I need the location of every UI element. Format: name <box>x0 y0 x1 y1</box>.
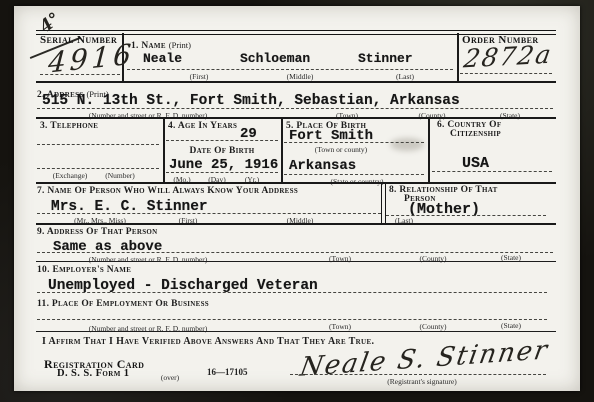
middle-sub-label: (Middle) <box>287 72 314 81</box>
state-sub-label: (State) <box>501 321 521 330</box>
form-number: D. S. S. Form 1 <box>57 368 129 379</box>
birth-state-value: Arkansas <box>289 158 356 174</box>
dashed-fill-line <box>37 252 553 253</box>
telephone-label: 3. Telephone <box>40 121 98 131</box>
row-divider <box>36 261 556 262</box>
exchange-sub-label: (Exchange) <box>53 171 88 180</box>
row-divider <box>36 117 556 119</box>
dashed-fill-line <box>37 144 159 145</box>
cell-divider <box>281 118 283 182</box>
cell-divider <box>381 184 386 223</box>
scan-smudge <box>390 138 424 151</box>
dashed-fill-line <box>166 140 278 141</box>
cell-divider <box>163 118 165 182</box>
first-sub-label: (First) <box>190 72 209 81</box>
row-divider <box>36 81 556 83</box>
row-divider <box>36 223 556 225</box>
dashed-fill-line <box>166 172 278 173</box>
dashed-fill-line <box>37 108 553 109</box>
number-sub-label: (Number) <box>105 171 135 180</box>
contact-address-label: 9. Address Of That Person <box>37 227 157 237</box>
dashed-fill-line <box>37 319 547 320</box>
cell-divider <box>428 118 430 182</box>
date-of-birth-value: June 25, 1916 <box>169 157 278 173</box>
age-label: 4. Age In Years <box>168 121 237 131</box>
print-code: 16—17105 <box>207 367 248 377</box>
affirmation-statement: I Affirm That I Have Verified Above Answ… <box>42 336 374 347</box>
row-divider <box>36 331 556 332</box>
signature-sub-label: (Registrant's signature) <box>387 377 456 386</box>
dashed-fill-line <box>127 69 453 70</box>
employer-label: 10. Employer's Name <box>37 265 131 275</box>
dashed-fill-line <box>460 73 552 74</box>
name-middle-value: Schloeman <box>240 51 310 66</box>
dashed-fill-line <box>37 213 381 214</box>
citizenship-label-line2: Citizenship <box>450 129 501 139</box>
contact-person-label: 7. Name Of Person Who Will Always Know Y… <box>37 186 298 196</box>
citizenship-value: USA <box>462 155 489 172</box>
dashed-fill-line <box>284 174 424 175</box>
dashed-fill-line <box>386 215 546 216</box>
dashed-fill-line <box>37 168 159 169</box>
over-label: (over) <box>161 373 179 382</box>
order-number-value: 2872a <box>462 40 555 74</box>
dashed-fill-line <box>37 292 547 293</box>
name-last-value: Stinner <box>358 51 413 66</box>
cell-divider <box>457 33 459 81</box>
dashed-fill-line <box>290 374 546 375</box>
county-sub-label: (County) <box>419 322 446 331</box>
town-sub-label: (Town) <box>329 322 351 331</box>
address-value: 515 N. 13th St., Fort Smith, Sebastian, … <box>42 93 460 109</box>
town-or-county-sub-label: (Town or county) <box>315 145 367 154</box>
date-of-birth-label: Date Of Birth <box>189 146 254 156</box>
dashed-fill-line <box>284 142 424 143</box>
dashed-fill-line <box>40 74 120 75</box>
employment-place-label: 11. Place Of Employment Or Business <box>37 299 209 309</box>
row-divider <box>36 182 556 184</box>
last-sub-label: (Last) <box>396 72 414 81</box>
street-sub-label: (Number and street or R. F. D. number) <box>89 255 208 264</box>
dashed-fill-line <box>432 171 552 172</box>
name-first-value: Neale <box>143 51 182 66</box>
scanned-registration-card-photo: 4° Serial Number 4916 1. Name(Print) Nea… <box>0 0 594 402</box>
